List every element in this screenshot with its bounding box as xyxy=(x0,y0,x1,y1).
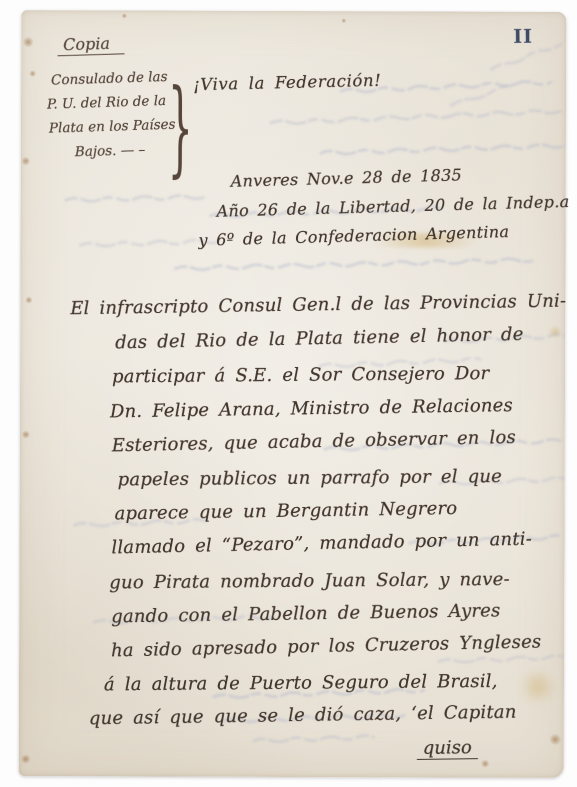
letter-body: El infrascripto Consul Gen.l de las Prov… xyxy=(19,292,566,739)
copy-label: Copia xyxy=(57,33,124,56)
dateline: Anveres Nov.e 28 de 1835Año 26 de la Lib… xyxy=(20,166,565,256)
catchword: quiso xyxy=(417,737,478,760)
folio-number: II xyxy=(513,26,533,48)
scan-background: II Copia Consulado de lasP. U. del Rio d… xyxy=(0,0,577,787)
manuscript-page: II Copia Consulado de lasP. U. del Rio d… xyxy=(19,10,567,778)
body-line: que así que que se le dió caza, ‘el Capi… xyxy=(89,695,564,737)
